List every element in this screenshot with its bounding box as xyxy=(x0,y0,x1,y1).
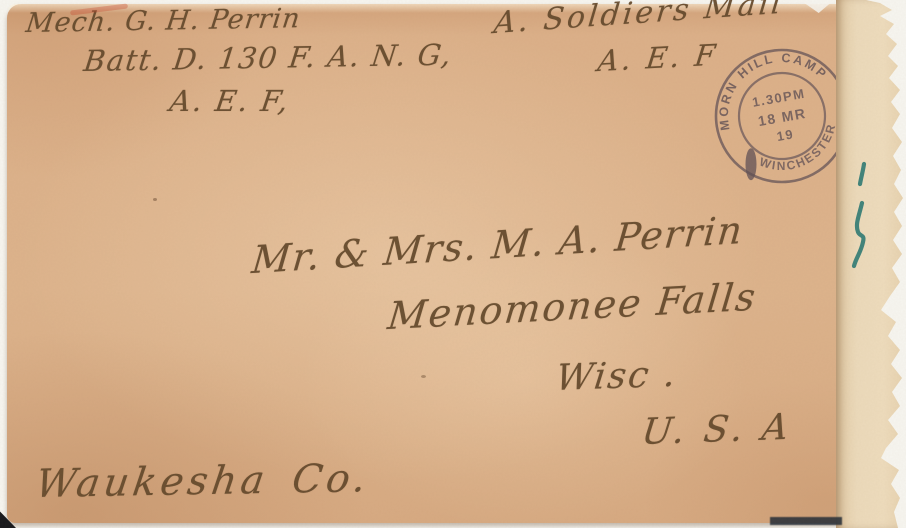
postmark-date: 18 MR xyxy=(757,105,808,129)
bottom-edge-shadow xyxy=(770,517,842,525)
recipient-line-4: U. S. A xyxy=(639,407,794,453)
paper-speck xyxy=(153,198,157,201)
county-note: Waukesha Co. xyxy=(33,456,373,507)
censor-mark-icon xyxy=(845,158,875,273)
return-address-line-3: A. E. F, xyxy=(168,84,293,118)
envelope-scan: Mech. G. H. Perrin Batt. D. 130 F. A. N.… xyxy=(0,0,906,528)
return-address-line-1: Mech. G. H. Perrin xyxy=(24,3,302,39)
return-address-line-2: Batt. D. 130 F. A. N. G, xyxy=(82,38,454,79)
postmark-center-text: 1.30PM 18 MR 19 xyxy=(751,86,813,148)
paper-speck xyxy=(421,375,426,378)
censor-mark-squiggle xyxy=(854,203,863,266)
recipient-line-3: Wisc . xyxy=(553,354,679,399)
postmark-ink-smudge xyxy=(745,148,756,180)
postmark-year: 19 xyxy=(775,126,795,144)
censor-mark-top-stroke xyxy=(860,164,864,184)
